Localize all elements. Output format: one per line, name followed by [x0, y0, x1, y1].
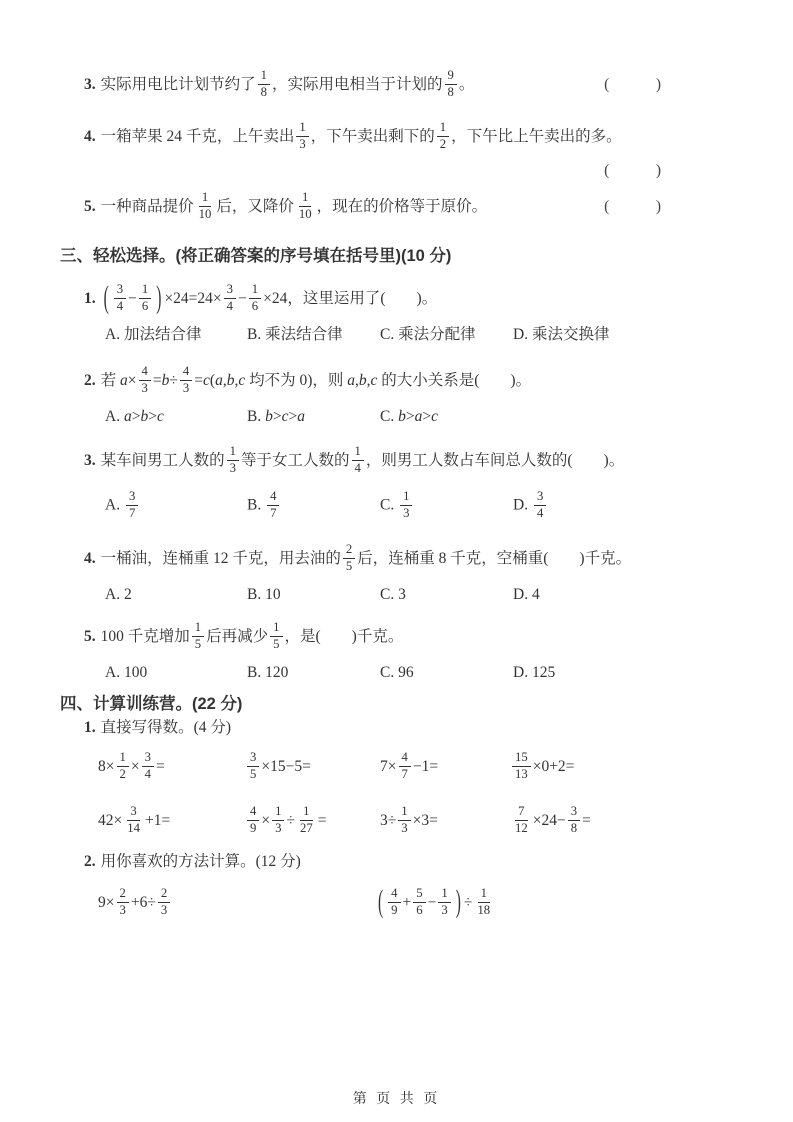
calc-expression: 1513×0+2= — [510, 746, 723, 788]
option-d: D. 乘法交换律 — [513, 325, 723, 344]
item-number: 2. — [84, 372, 96, 389]
method-expression: 9×23+6÷23 — [98, 880, 375, 926]
question-text: 一种商品提价110后，又降价110，现在的价格等于原价。 — [101, 198, 487, 215]
subtitle-text: 直接写得数。(4 分) — [101, 718, 231, 737]
option-a: A. 37 — [105, 491, 247, 521]
question-text: (34−16)×24=24×34−16×24，这里运用了( )。 — [101, 290, 438, 307]
question-line: 1.(34−16)×24=24×34−16×24，这里运用了( )。 — [84, 284, 723, 314]
footer-page-indicator: 第 页 共 页 — [0, 1091, 793, 1109]
calc-expression: 49×13÷127= — [245, 800, 380, 842]
option-c: C. 13 — [380, 491, 513, 521]
calc-subtitle-2: 2. 用你喜欢的方法计算。(12 分) — [60, 850, 723, 874]
section-4-heading: 四、计算训练营。(22 分) — [60, 692, 723, 716]
option-d: D. 34 — [513, 491, 723, 521]
question-text: 一箱苹果 24 千克，上午卖出13，下午卖出剩下的12，下午比上午卖出的多。 — [101, 128, 622, 145]
option-c: C. 乘法分配律 — [380, 325, 513, 344]
question-text: 100 千克增加15后再减少15，是( )千克。 — [101, 628, 404, 645]
option-a: A. 2 — [105, 585, 247, 604]
answer-bracket: ( ) — [604, 197, 661, 216]
method-expression: (49+56−13)÷118 — [375, 880, 723, 926]
choice-question-3: 3.某车间男工人数的13等于女工人数的14，则男工人数占车间总人数的( )。 — [60, 438, 723, 484]
judge-item-text: 4.一箱苹果 24 千克，上午卖出13，下午卖出剩下的12，下午比上午卖出的多。 — [84, 122, 723, 152]
choice-question-1: 1.(34−16)×24=24×34−16×24，这里运用了( )。 — [60, 276, 723, 322]
answer-bracket: ( ) — [604, 75, 661, 94]
option-b: B. 120 — [247, 663, 380, 682]
item-number: 2. — [84, 852, 96, 871]
choice-question-1-options: A. 加法结合律 B. 乘法结合律 C. 乘法分配律 D. 乘法交换律 — [60, 322, 723, 348]
question-text: 一桶油，连桶重 12 千克，用去油的25后，连桶重 8 千克，空桶重( )千克。 — [101, 550, 631, 567]
subtitle-text: 用你喜欢的方法计算。(12 分) — [101, 852, 301, 871]
option-b: B. b>c>a — [247, 407, 380, 426]
choice-question-4: 4.一桶油，连桶重 12 千克，用去油的25后，连桶重 8 千克，空桶重( )千… — [60, 536, 723, 582]
option-a: A. 加法结合律 — [105, 325, 247, 344]
choice-question-4-options: A. 2 B. 10 C. 3 D. 4 — [60, 582, 723, 608]
option-a: A. a>b>c — [105, 407, 247, 426]
answer-bracket: ( ) — [604, 161, 661, 180]
judge-item-4: 4.一箱苹果 24 千克，上午卖出13，下午卖出剩下的12，下午比上午卖出的多。 — [60, 114, 723, 160]
calc-expression: 712×24−38= — [510, 800, 723, 842]
worksheet-page: 3.实际用电比计划节约了18，实际用电相当于计划的98。 ( ) 4.一箱苹果 … — [0, 0, 793, 1122]
option-b: B. 10 — [247, 585, 380, 604]
judge-item-3: 3.实际用电比计划节约了18，实际用电相当于计划的98。 ( ) — [60, 62, 723, 108]
item-number: 3. — [84, 452, 96, 469]
section-3-heading: 三、轻松选择。(将正确答案的序号填在括号里)(10 分) — [60, 244, 723, 268]
option-b: B. 乘法结合律 — [247, 325, 380, 344]
question-text: 若 a×43=b÷43=c(a,b,c 均不为 0)，则 a,b,c 的大小关系… — [101, 372, 531, 389]
judge-item-text: 3.实际用电比计划节约了18，实际用电相当于计划的98。 — [84, 70, 604, 100]
judge-item-4-bracket-row: ( ) — [60, 160, 723, 182]
item-number: 4. — [84, 550, 96, 567]
item-number: 3. — [84, 76, 96, 93]
option-c: C. b>a>c — [380, 407, 513, 426]
choice-question-3-options: A. 37 B. 47 C. 13 D. 34 — [60, 484, 723, 528]
item-number: 5. — [84, 198, 96, 215]
judge-item-5: 5.一种商品提价110后，又降价110，现在的价格等于原价。 ( ) — [60, 184, 723, 230]
calc-expression: 35×15−5= — [245, 746, 380, 788]
method-calc-row: 9×23+6÷23 (49+56−13)÷118 — [60, 880, 723, 926]
item-number: 1. — [84, 718, 96, 737]
question-line: 3.某车间男工人数的13等于女工人数的14，则男工人数占车间总人数的( )。 — [84, 446, 723, 476]
choice-question-5: 5.100 千克增加15后再减少15，是( )千克。 — [60, 614, 723, 660]
item-number: 1. — [84, 290, 96, 307]
option-c: C. 3 — [380, 585, 513, 604]
choice-question-2-options: A. a>b>c B. b>c>a C. b>a>c — [60, 404, 723, 430]
direct-calc-grid: 8×12×34= 35×15−5= 7×47−1= 1513×0+2= 42×3… — [60, 746, 723, 842]
calc-expression: 7×47−1= — [380, 746, 510, 788]
judge-item-text: 5.一种商品提价110后，又降价110，现在的价格等于原价。 — [84, 192, 604, 222]
question-line: 2.若 a×43=b÷43=c(a,b,c 均不为 0)，则 a,b,c 的大小… — [84, 366, 723, 396]
question-text: 某车间男工人数的13等于女工人数的14，则男工人数占车间总人数的( )。 — [101, 452, 625, 469]
item-number: 5. — [84, 628, 96, 645]
choice-question-2: 2.若 a×43=b÷43=c(a,b,c 均不为 0)，则 a,b,c 的大小… — [60, 358, 723, 404]
option-b: B. 47 — [247, 491, 380, 521]
calc-expression: 3÷13×3= — [380, 800, 510, 842]
option-d: D. 4 — [513, 585, 723, 604]
item-number: 4. — [84, 128, 96, 145]
question-line: 4.一桶油，连桶重 12 千克，用去油的25后，连桶重 8 千克，空桶重( )千… — [84, 544, 723, 574]
option-a: A. 100 — [105, 663, 247, 682]
calc-expression: 8×12×34= — [98, 746, 245, 788]
option-c: C. 96 — [380, 663, 513, 682]
choice-question-5-options: A. 100 B. 120 C. 96 D. 125 — [60, 660, 723, 686]
calc-subtitle-1: 1. 直接写得数。(4 分) — [60, 716, 723, 740]
question-text: 实际用电比计划节约了18，实际用电相当于计划的98。 — [101, 76, 475, 93]
calc-expression: 42×314+1= — [98, 800, 245, 842]
question-line: 5.100 千克增加15后再减少15，是( )千克。 — [84, 622, 723, 652]
option-d: D. 125 — [513, 663, 723, 682]
